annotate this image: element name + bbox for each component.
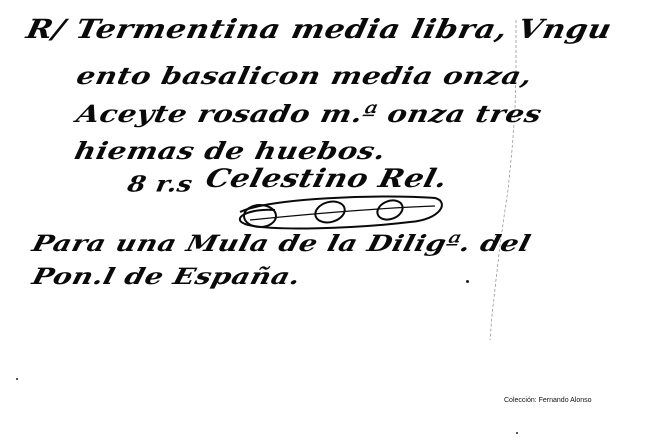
document-page: R/ Termentina media libra, Vngu ento bas… — [0, 0, 670, 443]
ink-speck — [16, 378, 18, 380]
prescription-line-4: hiemas de huebos. — [72, 137, 388, 165]
prescription-line-3: Aceyte rosado m.ª onza tres — [74, 100, 545, 128]
signature-flourish — [230, 190, 450, 235]
addressee-line-1: Para una Mula de la Diligª. del — [29, 230, 533, 256]
prescription-line-1: R/ Termentina media libra, Vngu — [23, 14, 614, 45]
ink-dot — [466, 280, 469, 283]
prescription-line-2: ento basalicon media onza, — [74, 62, 535, 90]
collection-credit: Colección: Fernando Alonso — [504, 397, 592, 404]
price: 8 r.s — [126, 172, 195, 198]
addressee-line-2: Pon.l de España. — [29, 263, 303, 289]
ink-speck — [516, 432, 518, 434]
